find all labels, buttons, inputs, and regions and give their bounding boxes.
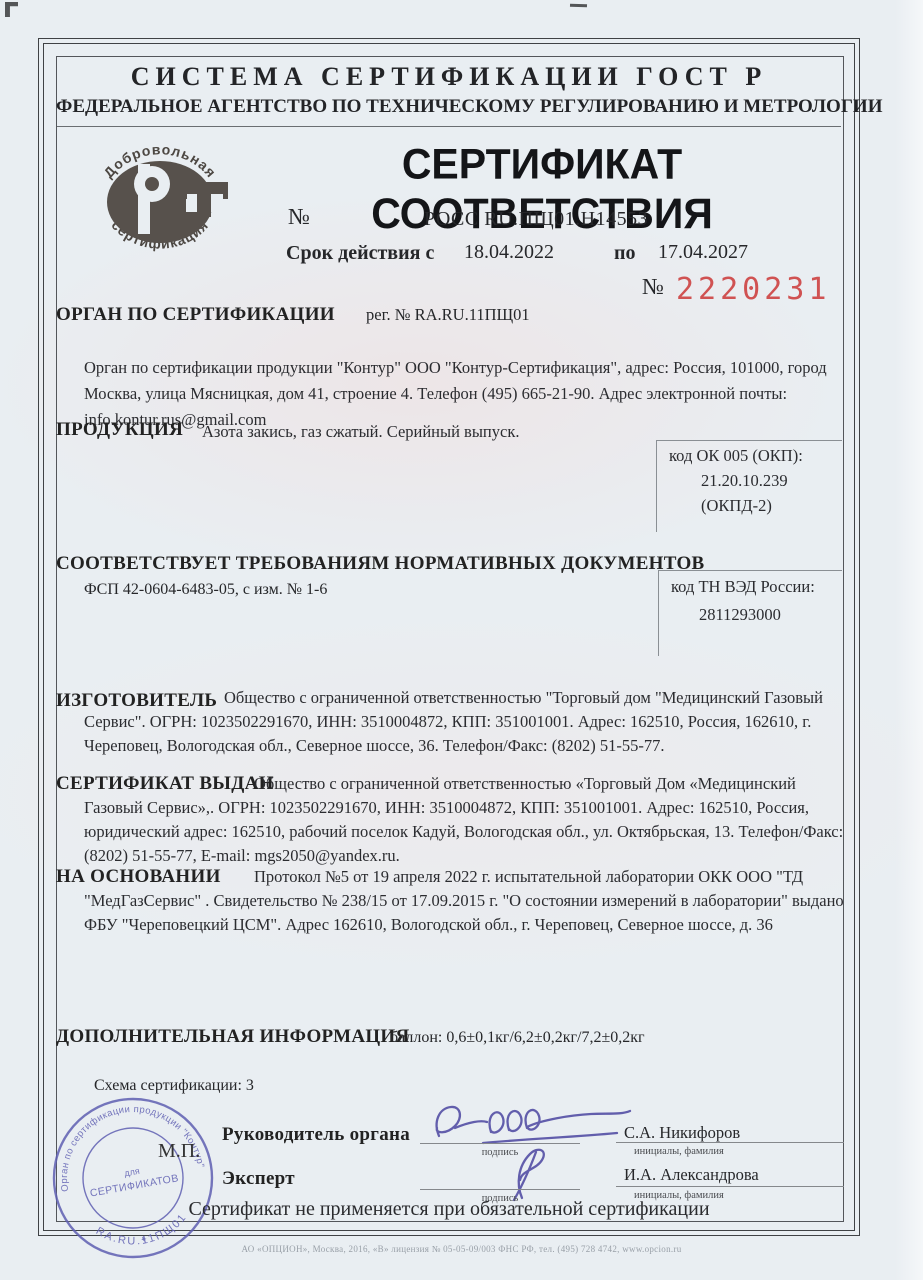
okp-code-box: код ОК 005 (ОКП): 21.20.10.239 (ОКПД-2)	[656, 440, 842, 532]
scan-artifact	[570, 4, 587, 8]
issued-to-text: Общество с ограниченной ответственностью…	[84, 772, 856, 868]
head-name-caption: инициалы, фамилия	[634, 1146, 724, 1157]
additional-label: ДОПОЛНИТЕЛЬНАЯ ИНФОРМАЦИЯ	[56, 1026, 410, 1048]
manufacturer-text: Общество с ограниченной ответственностью…	[84, 686, 852, 758]
form-no-label: №	[642, 274, 664, 300]
valid-from-date: 18.04.2022	[464, 241, 554, 264]
okp-label: код ОК 005 (ОКП):	[669, 446, 803, 465]
agency-title: ФЕДЕРАЛЬНОЕ АГЕНТСТВО ПО ТЕХНИЧЕСКОМУ РЕ…	[56, 96, 842, 118]
conformity-text: ФСП 42-0604-6483-05, с изм. № 1-6	[84, 581, 327, 599]
basis-text: Протокол №5 от 19 апреля 2022 г. испытат…	[84, 865, 856, 937]
additional-text: баллон: 0,6±0,1кг/6,2±0,2кг/7,2±0,2кг	[390, 1029, 645, 1047]
conformity-label: СООТВЕТСТВУЕТ ТРЕБОВАНИЯМ НОРМАТИВНЫХ ДО…	[56, 553, 705, 575]
expert-label: Эксперт	[222, 1168, 295, 1190]
tnved-label: код ТН ВЭД России:	[671, 577, 815, 596]
tnved-value: 2811293000	[699, 605, 842, 625]
certification-stamp: Орган по сертификации продукции "Контур"…	[48, 1093, 218, 1263]
product-label: ПРОДУКЦИЯ	[56, 419, 183, 441]
footer-note: Сертификат не применяется при обязательн…	[56, 1198, 842, 1221]
valid-to-label: по	[614, 242, 636, 265]
head-of-body-label: Руководитель органа	[222, 1124, 410, 1146]
system-title: СИСТЕМА СЕРТИФИКАЦИИ ГОСТ Р	[56, 62, 842, 92]
head-name-line	[616, 1142, 844, 1143]
form-number: 2220231	[676, 272, 830, 307]
validity-label: Срок действия с	[286, 242, 434, 265]
org-label: ОРГАН ПО СЕРТИФИКАЦИИ	[56, 304, 335, 326]
scan-artifact	[5, 2, 18, 17]
valid-to-date: 17.04.2027	[658, 241, 748, 264]
expert-name: И.А. Александрова	[624, 1165, 759, 1185]
cert-number: РОСС RU.ПЩ01.Н14553	[424, 208, 648, 231]
tnved-code-box: код ТН ВЭД России: 2811293000	[658, 570, 842, 656]
mp-label: М.П.	[158, 1140, 200, 1163]
head-name: С.А. Никифоров	[624, 1123, 740, 1143]
cert-no-label: №	[288, 204, 310, 230]
okp-value: 21.20.10.239 (ОКПД-2)	[701, 468, 841, 518]
rst-logo: Добровольная сертификация	[78, 136, 242, 270]
imprint: АО «ОПЦИОН», Москва, 2016, «В» лицензия …	[0, 1244, 923, 1254]
header-divider	[57, 126, 841, 127]
product-text: Азота закись, газ сжатый. Серийный выпус…	[202, 420, 652, 444]
stamp-center-top: для	[124, 1166, 141, 1179]
expert-name-line	[616, 1186, 844, 1187]
org-reg-no: рег. № RA.RU.11ПЩ01	[366, 305, 530, 325]
expert-signature-line	[420, 1189, 580, 1190]
certificate-page: СИСТЕМА СЕРТИФИКАЦИИ ГОСТ Р ФЕДЕРАЛЬНОЕ …	[0, 0, 923, 1280]
